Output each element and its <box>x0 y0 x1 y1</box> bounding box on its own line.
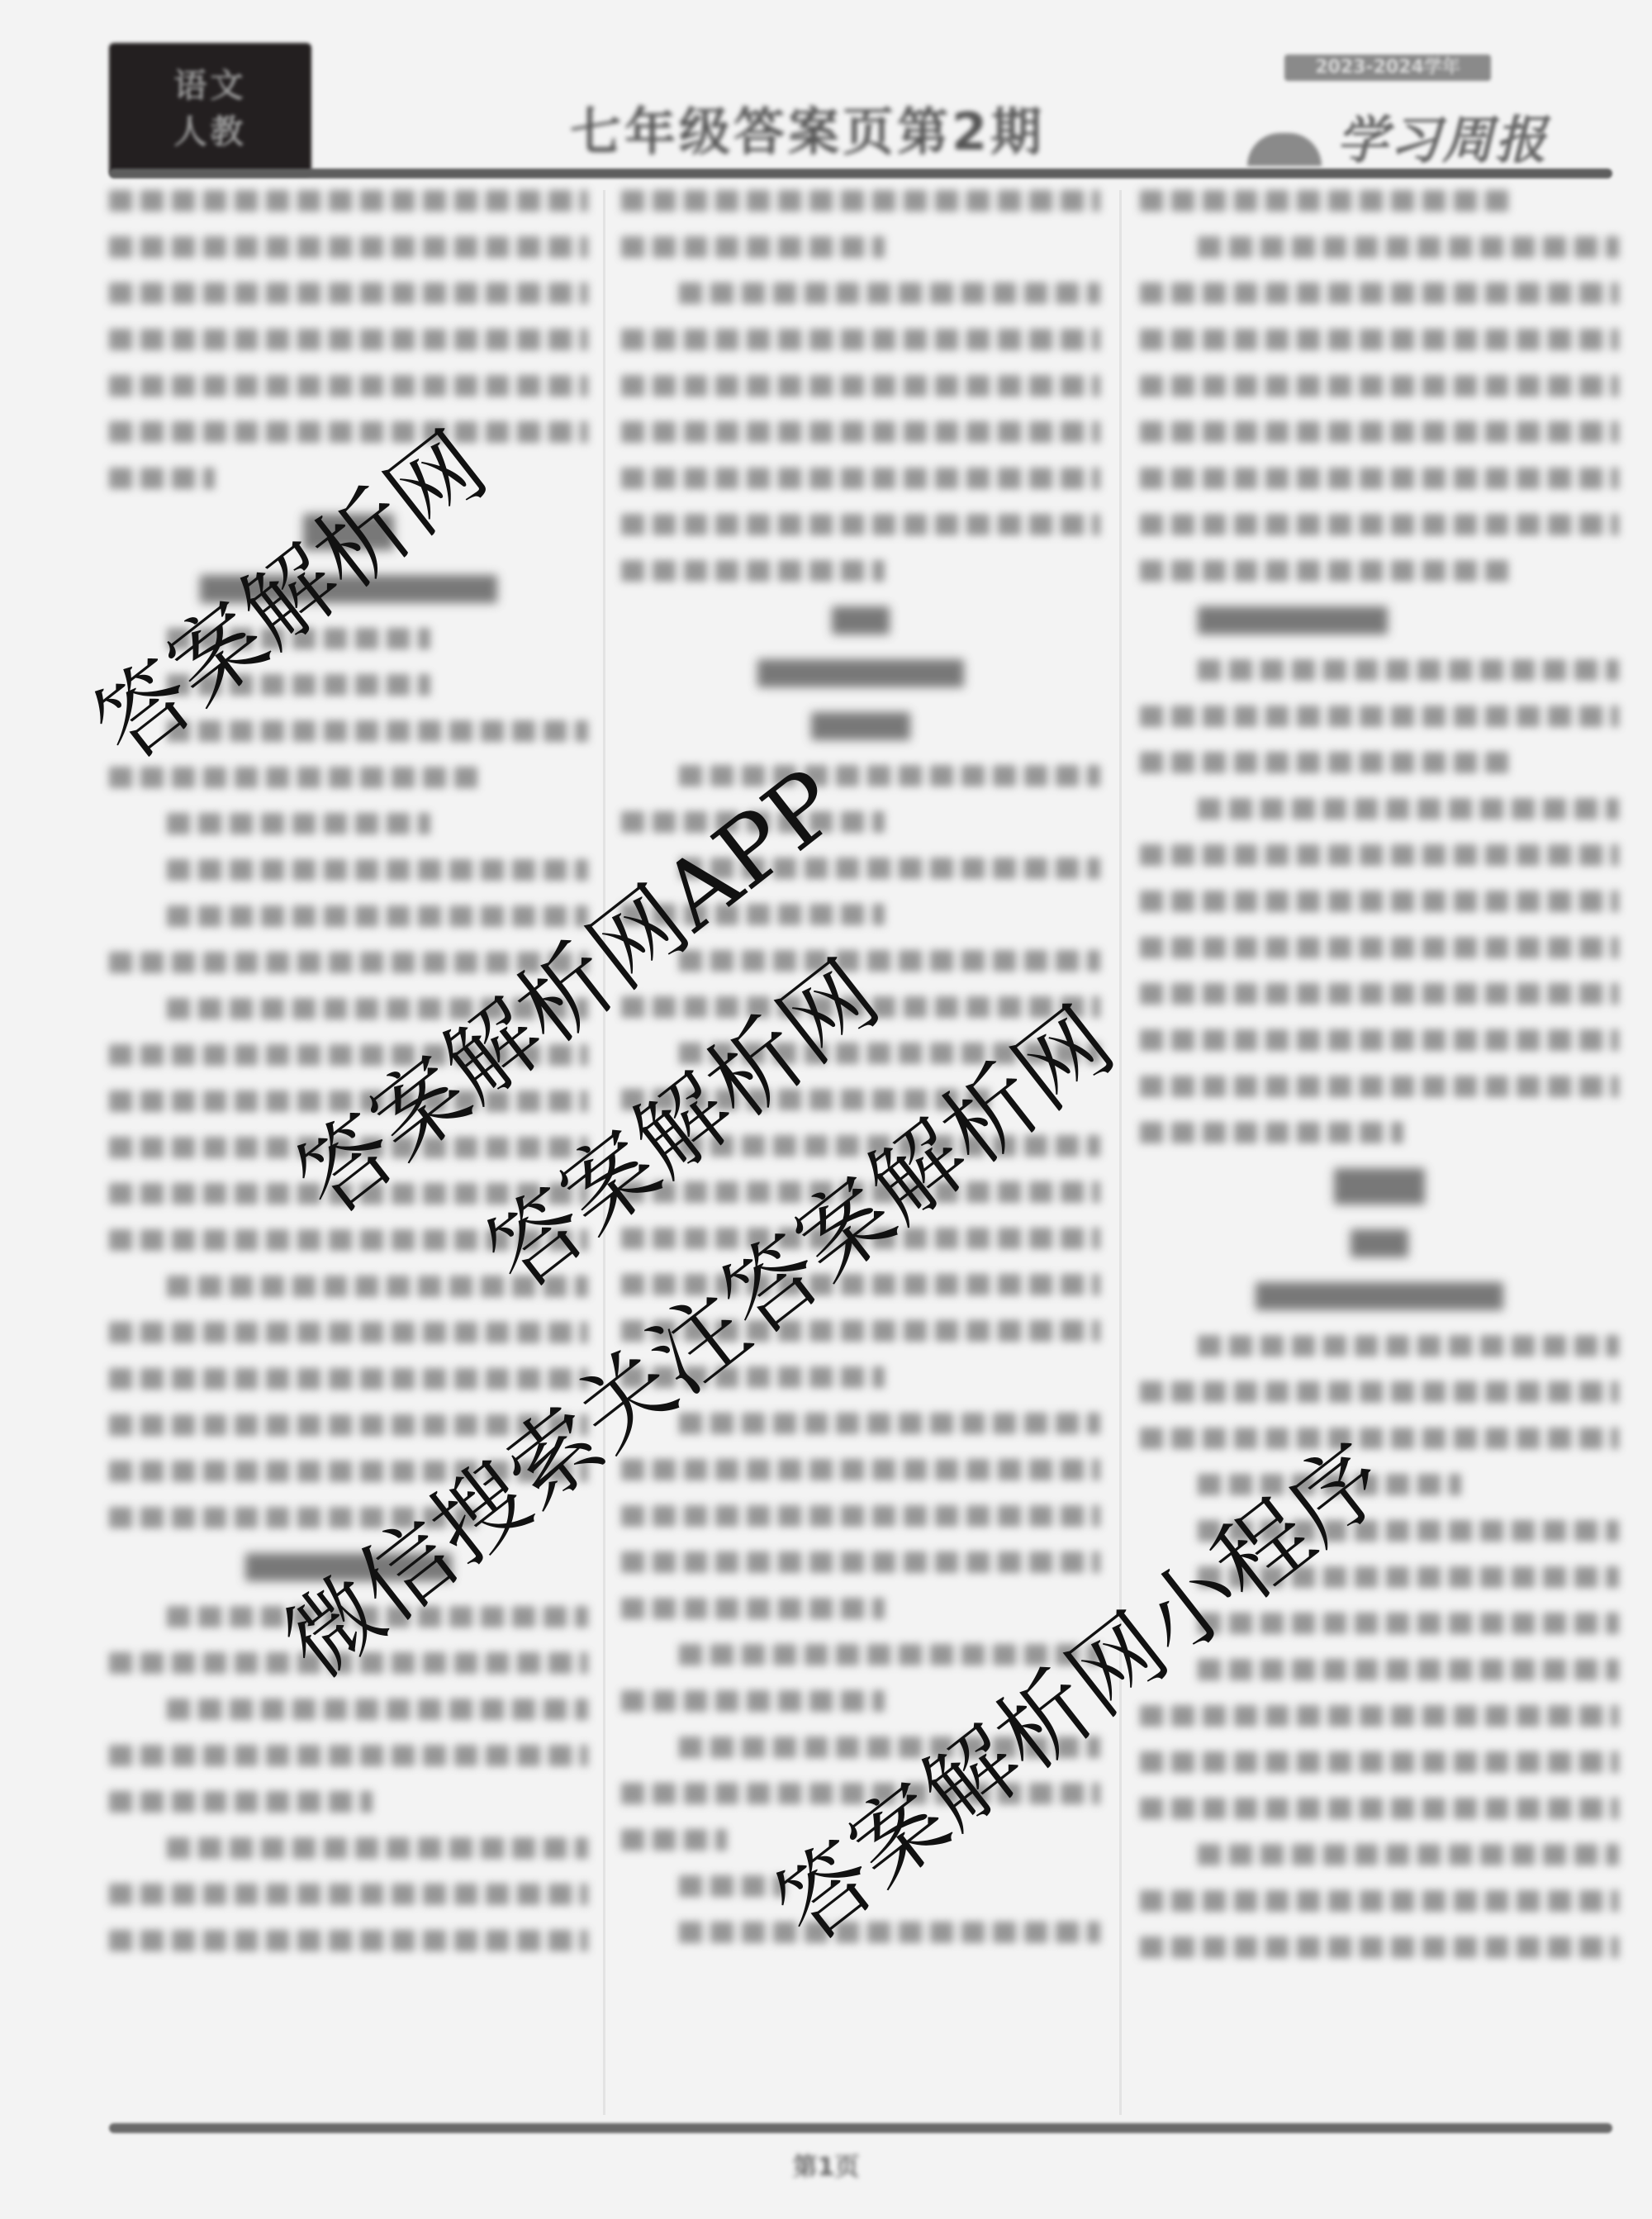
subject-name: 语文 <box>174 63 247 109</box>
logo-text: 学习周报 <box>1336 99 1548 173</box>
section-subheading <box>757 659 964 687</box>
section-heading <box>1334 1168 1425 1205</box>
header-rule <box>109 169 1612 178</box>
subject-label-box: 语文 人教 <box>109 43 311 175</box>
section-heading <box>1351 1229 1408 1257</box>
column-3 <box>1140 190 1619 2115</box>
page-title: 七年级答案页第2期 <box>570 91 1045 164</box>
section-subheading <box>1198 606 1388 634</box>
textbook-edition: 人教 <box>174 109 247 155</box>
section-heading <box>832 606 890 634</box>
logo-emblem-icon <box>1247 133 1322 166</box>
column-divider <box>1119 190 1122 2115</box>
section-subheading <box>1256 1282 1503 1310</box>
answer-page: 语文 人教 七年级答案页第2期 2023-2024学年 学习周报 <box>0 0 1652 2219</box>
section-subheading <box>811 712 910 740</box>
page-number: 第1页 <box>0 2146 1652 2183</box>
footer-rule <box>109 2123 1612 2133</box>
newspaper-logo: 学习周报 <box>1247 99 1548 173</box>
school-year-badge: 2023-2024学年 <box>1284 55 1491 81</box>
